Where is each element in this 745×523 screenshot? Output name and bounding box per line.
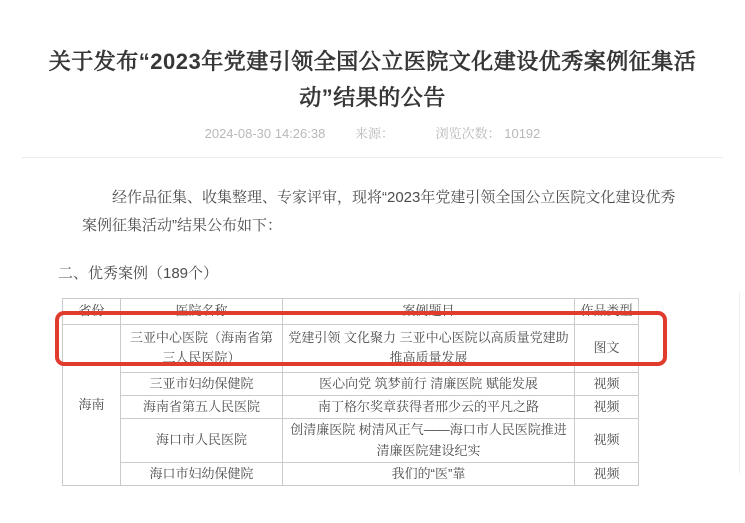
cell-hospital: 三亚市妇幼保健院 [121, 372, 283, 395]
intro-paragraph: 经作品征集、收集整理、专家评审，现将“2023年党建引领全国公立医院文化建设优秀… [82, 184, 678, 240]
col-header-province: 省份 [63, 298, 121, 324]
cell-type: 视频 [575, 463, 639, 486]
page-edge-line [739, 293, 740, 473]
cell-case-title: 南丁格尔奖章获得者邢少云的平凡之路 [283, 395, 575, 418]
results-table: 省份 医院名称 案例题目 作品类型 海南 三亚中心医院（海南省第三人民医院） 党… [62, 298, 639, 486]
table-row: 三亚市妇幼保健院 医心向党 筑梦前行 清廉医院 赋能发展 视频 [63, 372, 639, 395]
table-row: 海口市人民医院 创清廉医院 树清风正气——海口市人民医院推进清廉医院建设纪实 视… [63, 419, 639, 463]
cell-case-title: 我们的“医”靠 [283, 463, 575, 486]
header-divider [22, 157, 723, 158]
table-row: 海口市妇幼保健院 我们的“医”靠 视频 [63, 463, 639, 486]
cell-hospital: 海口市人民医院 [121, 419, 283, 463]
cell-type: 视频 [575, 395, 639, 418]
source-label: 来源： [355, 123, 394, 142]
col-header-hospital: 医院名称 [121, 298, 283, 324]
cell-case-title: 创清廉医院 树清风正气——海口市人民医院推进清廉医院建设纪实 [283, 419, 575, 463]
table-row: 海南 三亚中心医院（海南省第三人民医院） 党建引领 文化聚力 三亚中心医院以高质… [63, 324, 639, 372]
cell-hospital: 三亚中心医院（海南省第三人民医院） [121, 324, 283, 372]
page-title: 关于发布“2023年党建引领全国公立医院文化建设优秀案例征集活动”结果的公告 [23, 0, 723, 115]
cell-hospital: 海南省第五人民医院 [121, 395, 283, 418]
announcement-page: 关于发布“2023年党建引领全国公立医院文化建设优秀案例征集活动”结果的公告 2… [0, 0, 745, 523]
cell-case-title: 医心向党 筑梦前行 清廉医院 赋能发展 [283, 372, 575, 395]
cell-type: 视频 [575, 419, 639, 463]
views-label: 浏览次数： [436, 123, 501, 142]
col-header-case-title: 案例题目 [283, 298, 575, 324]
section-heading: 二、优秀案例（189个） [58, 262, 745, 283]
publish-datetime: 2024-08-30 14:26:38 [205, 126, 326, 141]
article-meta: 2024-08-30 14:26:38 来源： 浏览次数： 10192 [0, 123, 745, 142]
table-row: 海南省第五人民医院 南丁格尔奖章获得者邢少云的平凡之路 视频 [63, 395, 639, 418]
cell-case-title: 党建引领 文化聚力 三亚中心医院以高质量党建助推高质量发展 [283, 324, 575, 372]
views-count: 10192 [504, 126, 540, 141]
table-header-row: 省份 医院名称 案例题目 作品类型 [63, 298, 639, 324]
cell-type: 视频 [575, 372, 639, 395]
cell-province: 海南 [63, 324, 121, 485]
cell-hospital: 海口市妇幼保健院 [121, 463, 283, 486]
col-header-type: 作品类型 [575, 298, 639, 324]
cell-type: 图文 [575, 324, 639, 372]
